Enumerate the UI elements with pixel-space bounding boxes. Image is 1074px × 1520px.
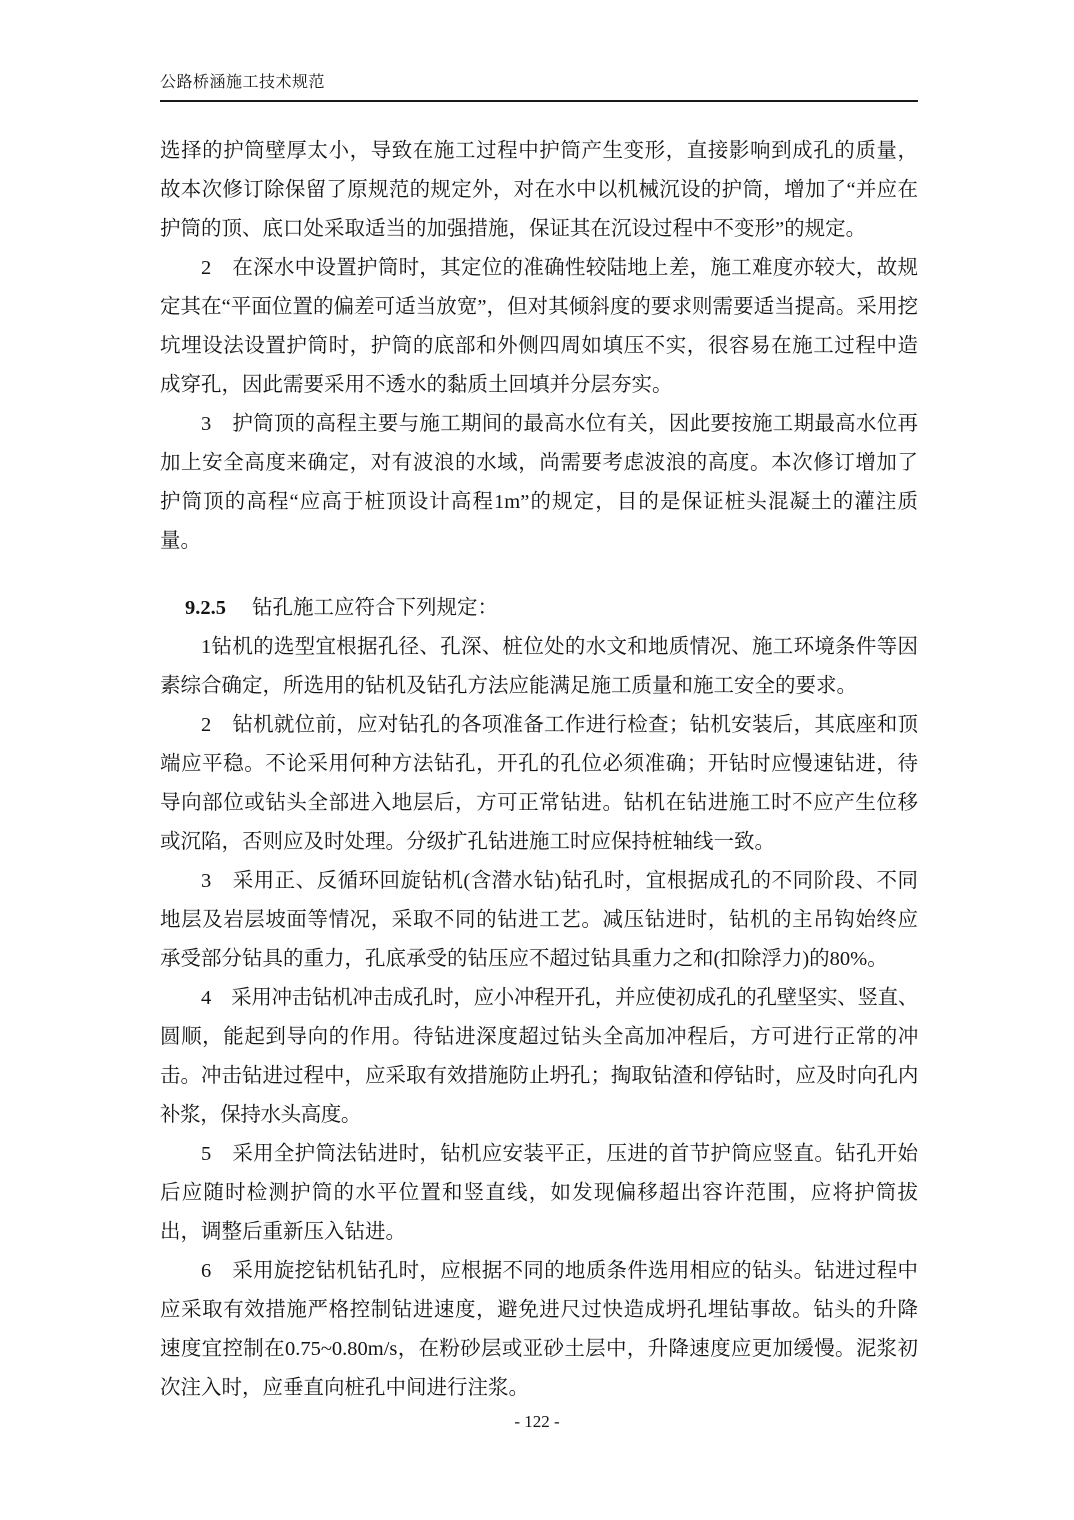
clause-2: 2 钻机就位前，应对钻孔的各项准备工作进行检查；钻机安装后，其底座和顶端应平稳。… xyxy=(160,706,918,862)
page-footer: - 122 - xyxy=(0,1412,1074,1432)
clause-4: 4 采用冲击钻机冲击成孔时，应小冲程开孔，并应使初成孔的孔壁坚实、竖直、圆顺，能… xyxy=(160,979,918,1135)
page-header: 公路桥涵施工技术规范 xyxy=(160,72,918,102)
clause-3: 3 采用正、反循环回旋钻机(含潜水钻)钻孔时，宜根据成孔的不同阶段、不同地层及岩… xyxy=(160,862,918,979)
document-body: 选择的护筒壁厚太小，导致在施工过程中护筒产生变形，直接影响到成孔的质量，故本次修… xyxy=(160,132,918,1408)
running-header-title: 公路桥涵施工技术规范 xyxy=(160,74,325,91)
clause-5: 5 采用全护筒法钻进时，钻机应安装平正，压进的首节护筒应竖直。钻孔开始后应随时检… xyxy=(160,1135,918,1252)
clause-1: 1钻机的选型宜根据孔径、孔深、桩位处的水文和地质情况、施工环境条件等因素综合确定… xyxy=(160,628,918,706)
section-heading: 9.2.5钻孔施工应符合下列规定： xyxy=(160,589,918,628)
paragraph-item-3: 3 护筒顶的高程主要与施工期间的最高水位有关，因此要按施工期最高水位再加上安全高… xyxy=(160,405,918,561)
section-number: 9.2.5 xyxy=(185,597,226,619)
page-number: - 122 - xyxy=(514,1412,559,1431)
paragraph-continuation: 选择的护筒壁厚太小，导致在施工过程中护筒产生变形，直接影响到成孔的质量，故本次修… xyxy=(160,132,918,249)
clause-6: 6 采用旋挖钻机钻孔时，应根据不同的地质条件选用相应的钻头。钻进过程中应采取有效… xyxy=(160,1252,918,1408)
section-title: 钻孔施工应符合下列规定： xyxy=(252,597,498,619)
paragraph-item-2: 2 在深水中设置护筒时，其定位的准确性较陆地上差，施工难度亦较大，故规定其在“平… xyxy=(160,249,918,405)
document-page: 公路桥涵施工技术规范 选择的护筒壁厚太小，导致在施工过程中护筒产生变形，直接影响… xyxy=(0,0,1074,1520)
